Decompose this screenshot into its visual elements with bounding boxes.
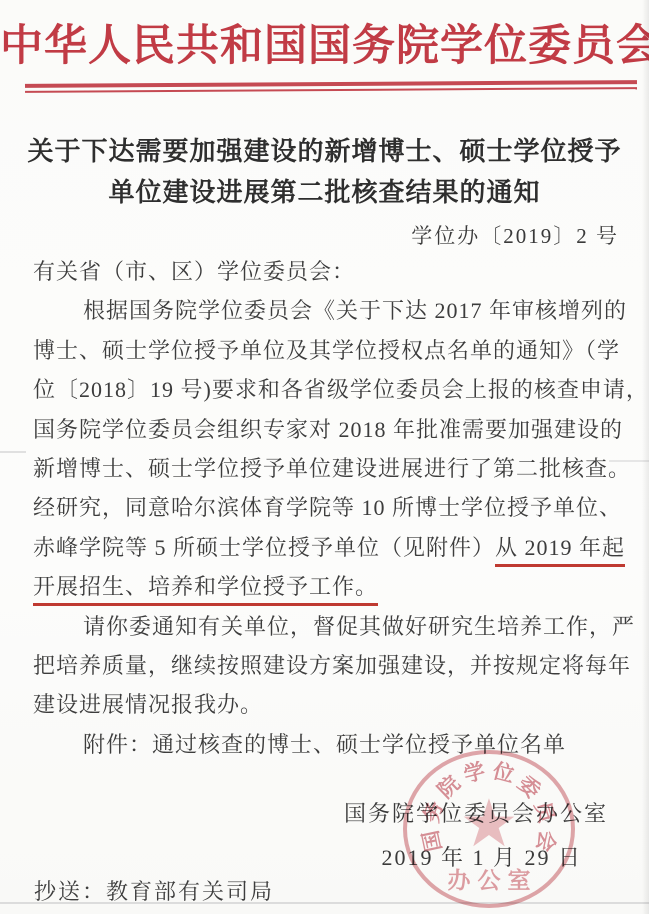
body-line: 新增博士、硕士学位授予单位建设进展进行了第二批核查。 xyxy=(33,449,623,488)
body-line: 请你委通知有关单位，督促其做好研究生培养工作，严 xyxy=(33,607,623,646)
seal-ring-char: 员 xyxy=(528,797,563,826)
scan-edge-shadow xyxy=(642,0,649,914)
body-line: 建设进展情况报我办。 xyxy=(33,685,623,724)
scanned-official-notice: 中华人民共和国国务院学位委员会 关于下达需要加强建设的新增博士、硕士学位授予 单… xyxy=(0,0,649,914)
body-line: 开展招生、培养和学位授予工作。 xyxy=(33,567,623,606)
body-line-attachment: 附件：通过核查的博士、硕士学位授予单位名单 xyxy=(33,725,623,764)
body-line: 有关省（市、区）学位委员会： xyxy=(33,252,623,291)
letterhead-title: 中华人民共和国国务院学位委员会 xyxy=(0,12,649,73)
body-line-text: 把培养质量，继续按照建设方案加强建设，并按规定将每年 xyxy=(33,653,631,678)
body-line: 国务院学位委员会组织专家对 2018 年批准需要加强建设的 xyxy=(33,410,623,449)
body-line: 博士、硕士学位授予单位及其学位授权点名单的通知》（学 xyxy=(33,331,623,370)
notice-title-line-1: 关于下达需要加强建设的新增博士、硕士学位授予 xyxy=(0,131,649,172)
official-seal: 国务院学位委员会 ★ 办公室 xyxy=(403,750,575,908)
body-line-text: 赤峰学院等 5 所硕士学位授予单位（见附件） xyxy=(33,535,495,560)
seal-ring-char: 会 xyxy=(530,828,564,855)
body-line-text: 国务院学位委员会组织专家对 2018 年批准需要加强建设的 xyxy=(33,417,623,442)
body-line-text: 根据国务院学位委员会《关于下达 2017 年审核增列的 xyxy=(83,298,627,323)
letterhead-double-rule xyxy=(25,80,637,93)
notice-title-line-2: 单位建设进展第二批核查结果的通知 xyxy=(0,172,649,213)
body-line-text: 有关省（市、区）学位委员会： xyxy=(33,259,355,284)
body-line: 位〔2018〕19 号)要求和各省级学位委员会上报的核查申请， xyxy=(33,370,623,409)
body-line: 根据国务院学位委员会《关于下达 2017 年审核增列的 xyxy=(33,291,623,330)
body-line-text: 建设进展情况报我办。 xyxy=(33,692,263,717)
body-line-text: 位〔2018〕19 号)要求和各省级学位委员会上报的核查申请， xyxy=(33,377,649,402)
body-line-text: 博士、硕士学位授予单位及其学位授权点名单的通知》（学 xyxy=(33,338,620,363)
paper-crease-left xyxy=(0,451,26,453)
seal-ring-char: 国 xyxy=(414,828,448,855)
seal-ring-char: 务 xyxy=(415,797,450,826)
seal-ring-char: 位 xyxy=(490,755,518,789)
notice-title: 关于下达需要加强建设的新增博士、硕士学位授予 单位建设进展第二批核查结果的通知 xyxy=(0,131,649,213)
seal-office-text: 办公室 xyxy=(407,862,571,895)
body-line-text: 经研究，同意哈尔滨体育学院等 10 所博士学位授予单位、 xyxy=(33,495,622,520)
document-number: 学位办〔2019〕2 号 xyxy=(411,220,619,250)
body-line-text: 请你委通知有关单位，督促其做好研究生培养工作，严 xyxy=(83,614,635,639)
body-line: 赤峰学院等 5 所硕士学位授予单位（见附件）从 2019 年起 xyxy=(33,528,623,567)
seal-ring-char: 学 xyxy=(460,755,488,789)
footer-divider xyxy=(0,902,649,904)
body-line-text: 新增博士、硕士学位授予单位建设进展进行了第二批核查。 xyxy=(33,456,631,481)
body-line: 经研究，同意哈尔滨体育学院等 10 所博士学位授予单位、 xyxy=(33,488,623,527)
body-line-underlined-text: 开展招生、培养和学位授予工作。 xyxy=(33,574,378,606)
body-line-underlined-text: 从 2019 年起 xyxy=(495,535,625,567)
notice-body: 有关省（市、区）学位委员会： 根据国务院学位委员会《关于下达 2017 年审核增… xyxy=(33,252,623,764)
star-icon: ★ xyxy=(459,792,518,858)
body-line: 把培养质量，继续按照建设方案加强建设，并按规定将每年 xyxy=(33,646,623,685)
